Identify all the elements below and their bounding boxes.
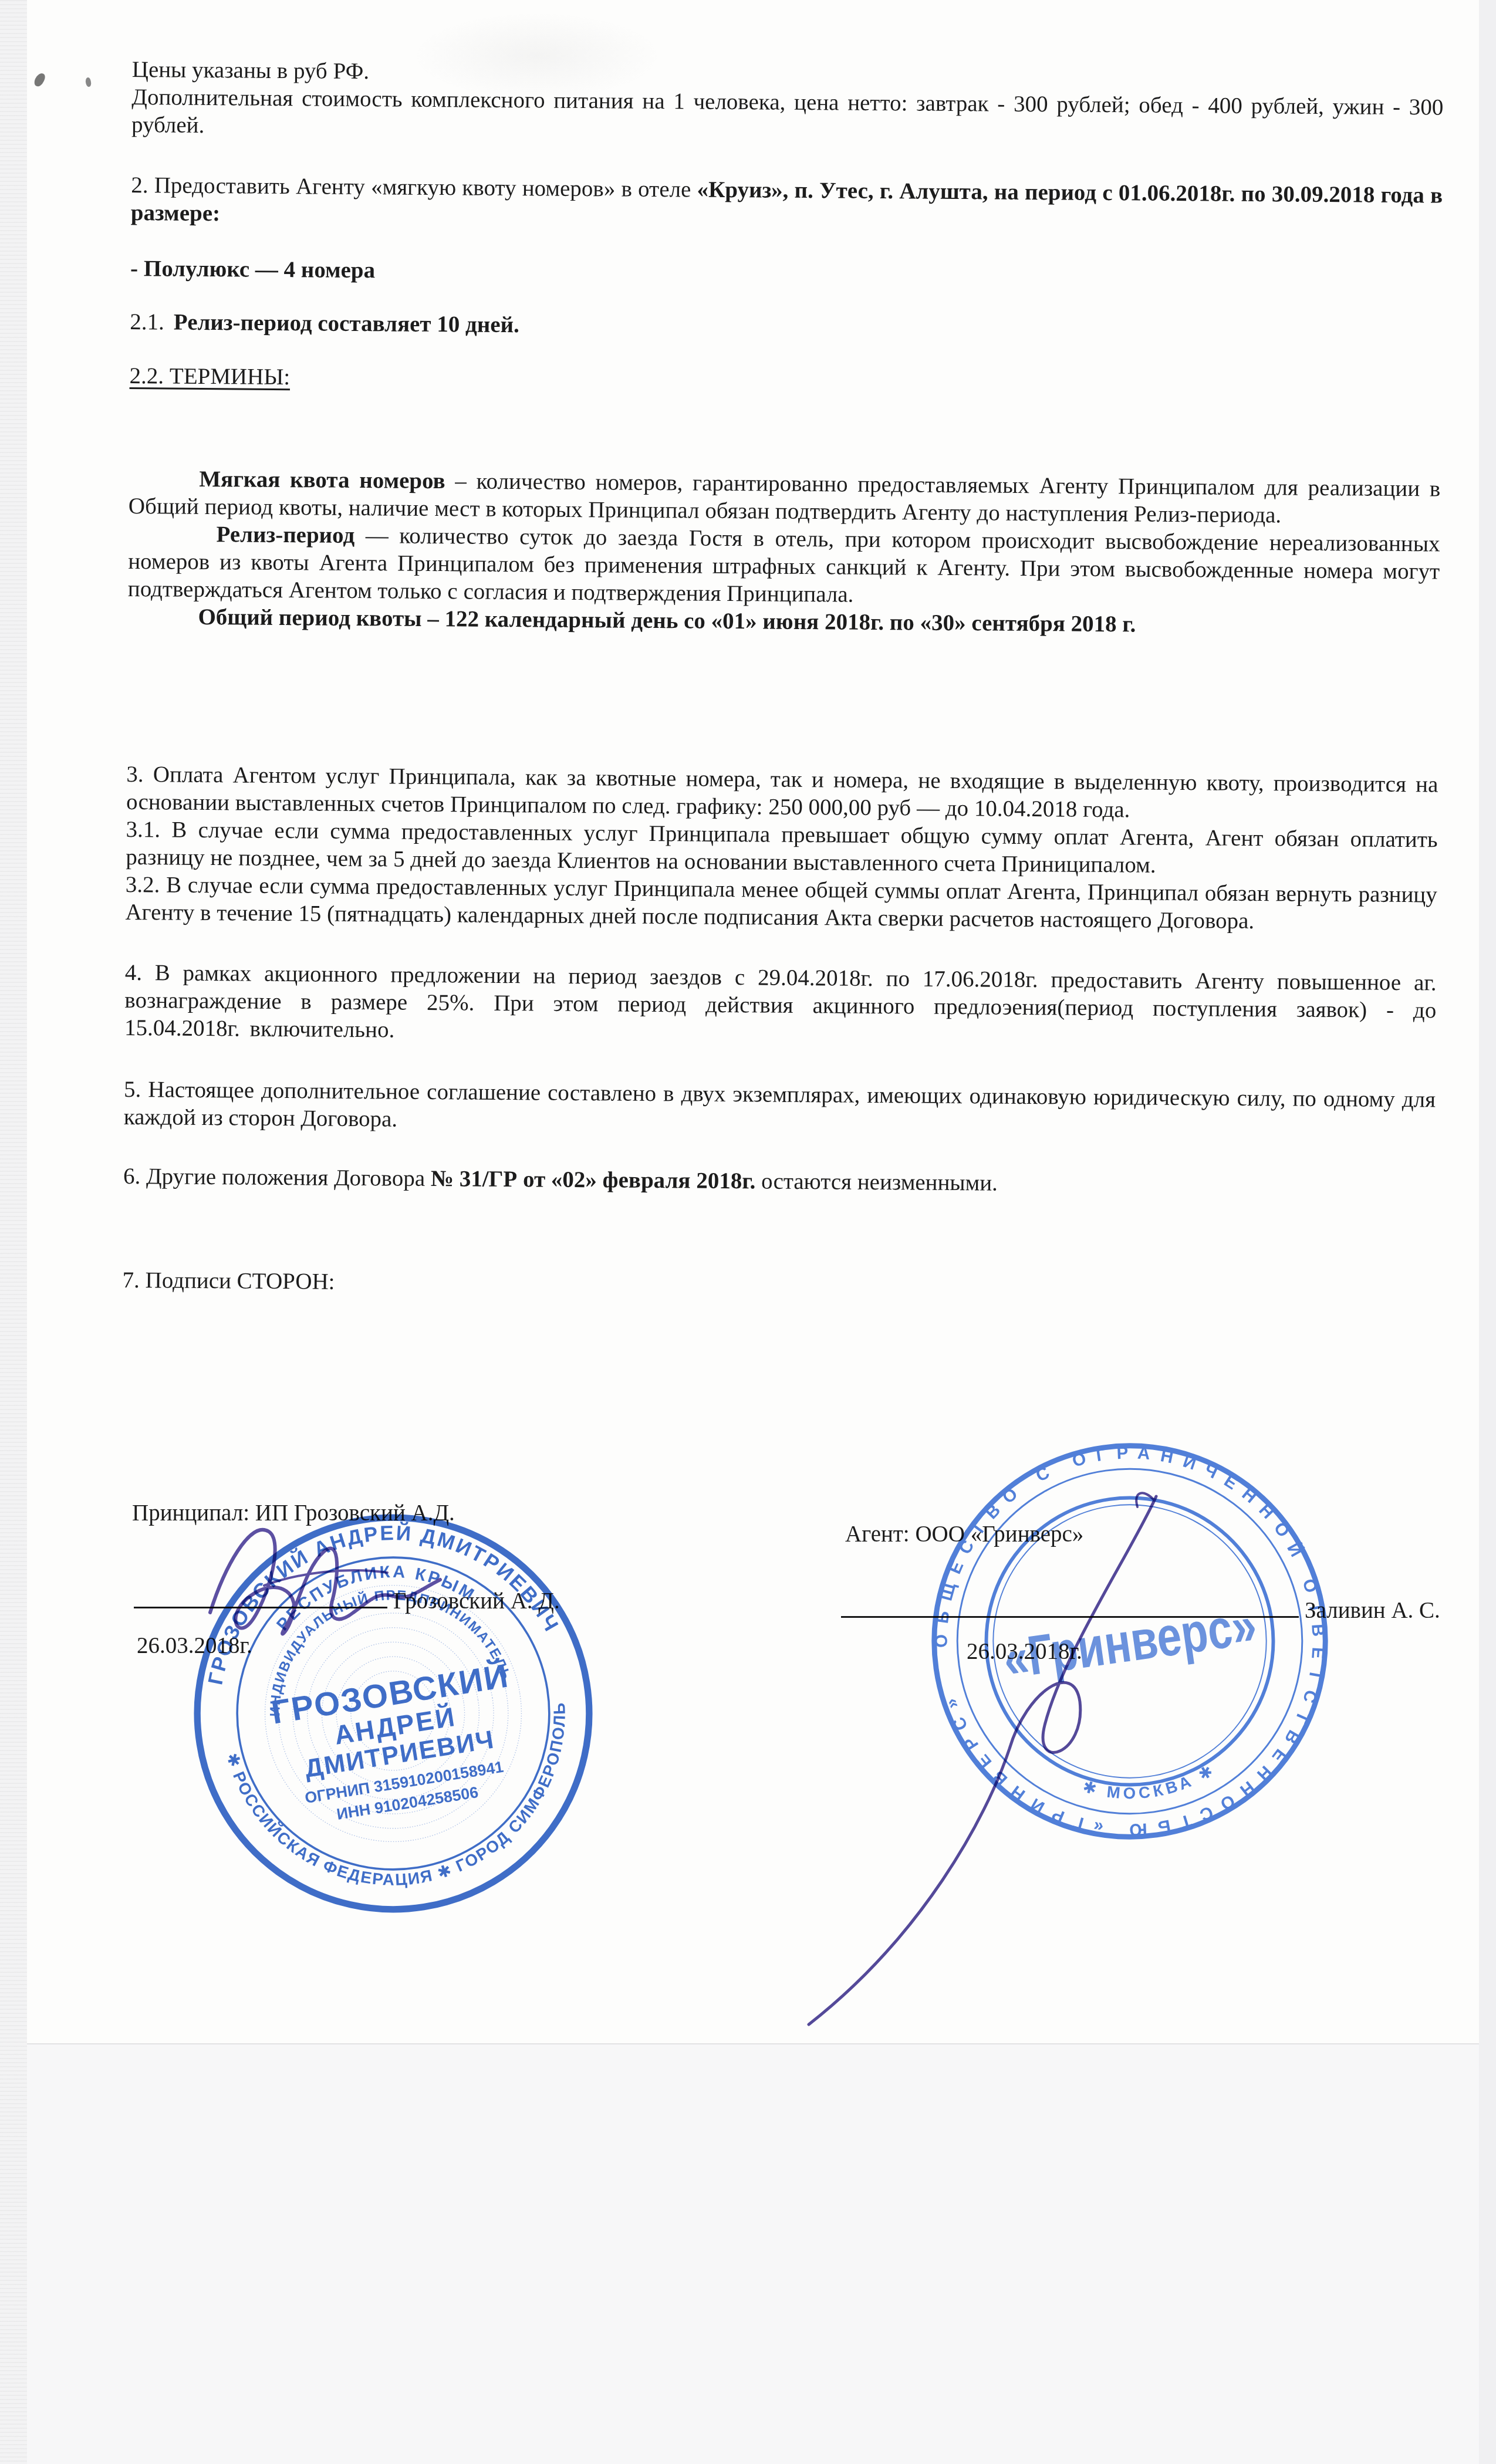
agent-handwritten-signature: [781, 1479, 1180, 2042]
contract-text-body: Цены указаны в руб РФ. Дополнительная ст…: [122, 56, 1444, 1304]
scanner-strip-right: [1479, 0, 1496, 2464]
definition-soft-quota-term: Мягкая квота номеров: [199, 467, 445, 494]
clause-3: 3. Оплата Агентом услуг Принципала, как …: [126, 761, 1438, 826]
definition-release-period-term: Релиз-период: [216, 522, 354, 548]
clause-5: 5. Настоящее дополнительное соглашение с…: [124, 1076, 1436, 1141]
clause-6: 6. Другие положения Договора № 31/ГР от …: [123, 1162, 1435, 1201]
clause-2-room-item: - Полулюкс — 4 номера: [130, 255, 1442, 293]
clause-2-2-terms-heading: 2.2. ТЕРМИНЫ:: [130, 362, 1441, 400]
clause-2-1-number: 2.1.: [130, 309, 164, 334]
clause-3-1: 3.1. В случае если сумма предоставленных…: [126, 816, 1438, 881]
principal-handwritten-signature: [194, 1498, 470, 1668]
intro-line-meals: Дополнительная стоимость комплексного пи…: [131, 83, 1444, 149]
clause-6-normal1: 6. Другие положения Договора: [123, 1164, 431, 1191]
scanner-strip-left: [0, 0, 27, 2464]
definition-soft-quota: Мягкая квота номеров – количество номеро…: [129, 465, 1441, 530]
clause-6-normal2: остаются неизменными.: [755, 1168, 998, 1195]
clause-4: 4. В рамках акционного предложении на пе…: [124, 959, 1437, 1052]
clause-6-bold: № 31/ГР от «02» февраля 2018г.: [431, 1166, 756, 1194]
clause-2-normal: 2. Предоставить Агенту «мягкую квоту ном…: [131, 173, 697, 202]
definition-release-period: Релиз-период — количество суток до заезд…: [128, 520, 1440, 613]
clause-3-2: 3.2. В случае если сумма предоставленных…: [125, 871, 1437, 937]
clause-2-1: 2.1.Релиз-период составляет 10 дней.: [130, 308, 1441, 346]
scanned-contract-page: { "document": { "intro_line1": "Цены ука…: [0, 0, 1496, 2464]
clause-2: 2. Предоставить Агенту «мягкую квоту ном…: [131, 171, 1443, 237]
clause-2-1-text: Релиз-период составляет 10 дней.: [174, 310, 519, 338]
scanner-bed-bottom: [27, 2043, 1479, 2464]
